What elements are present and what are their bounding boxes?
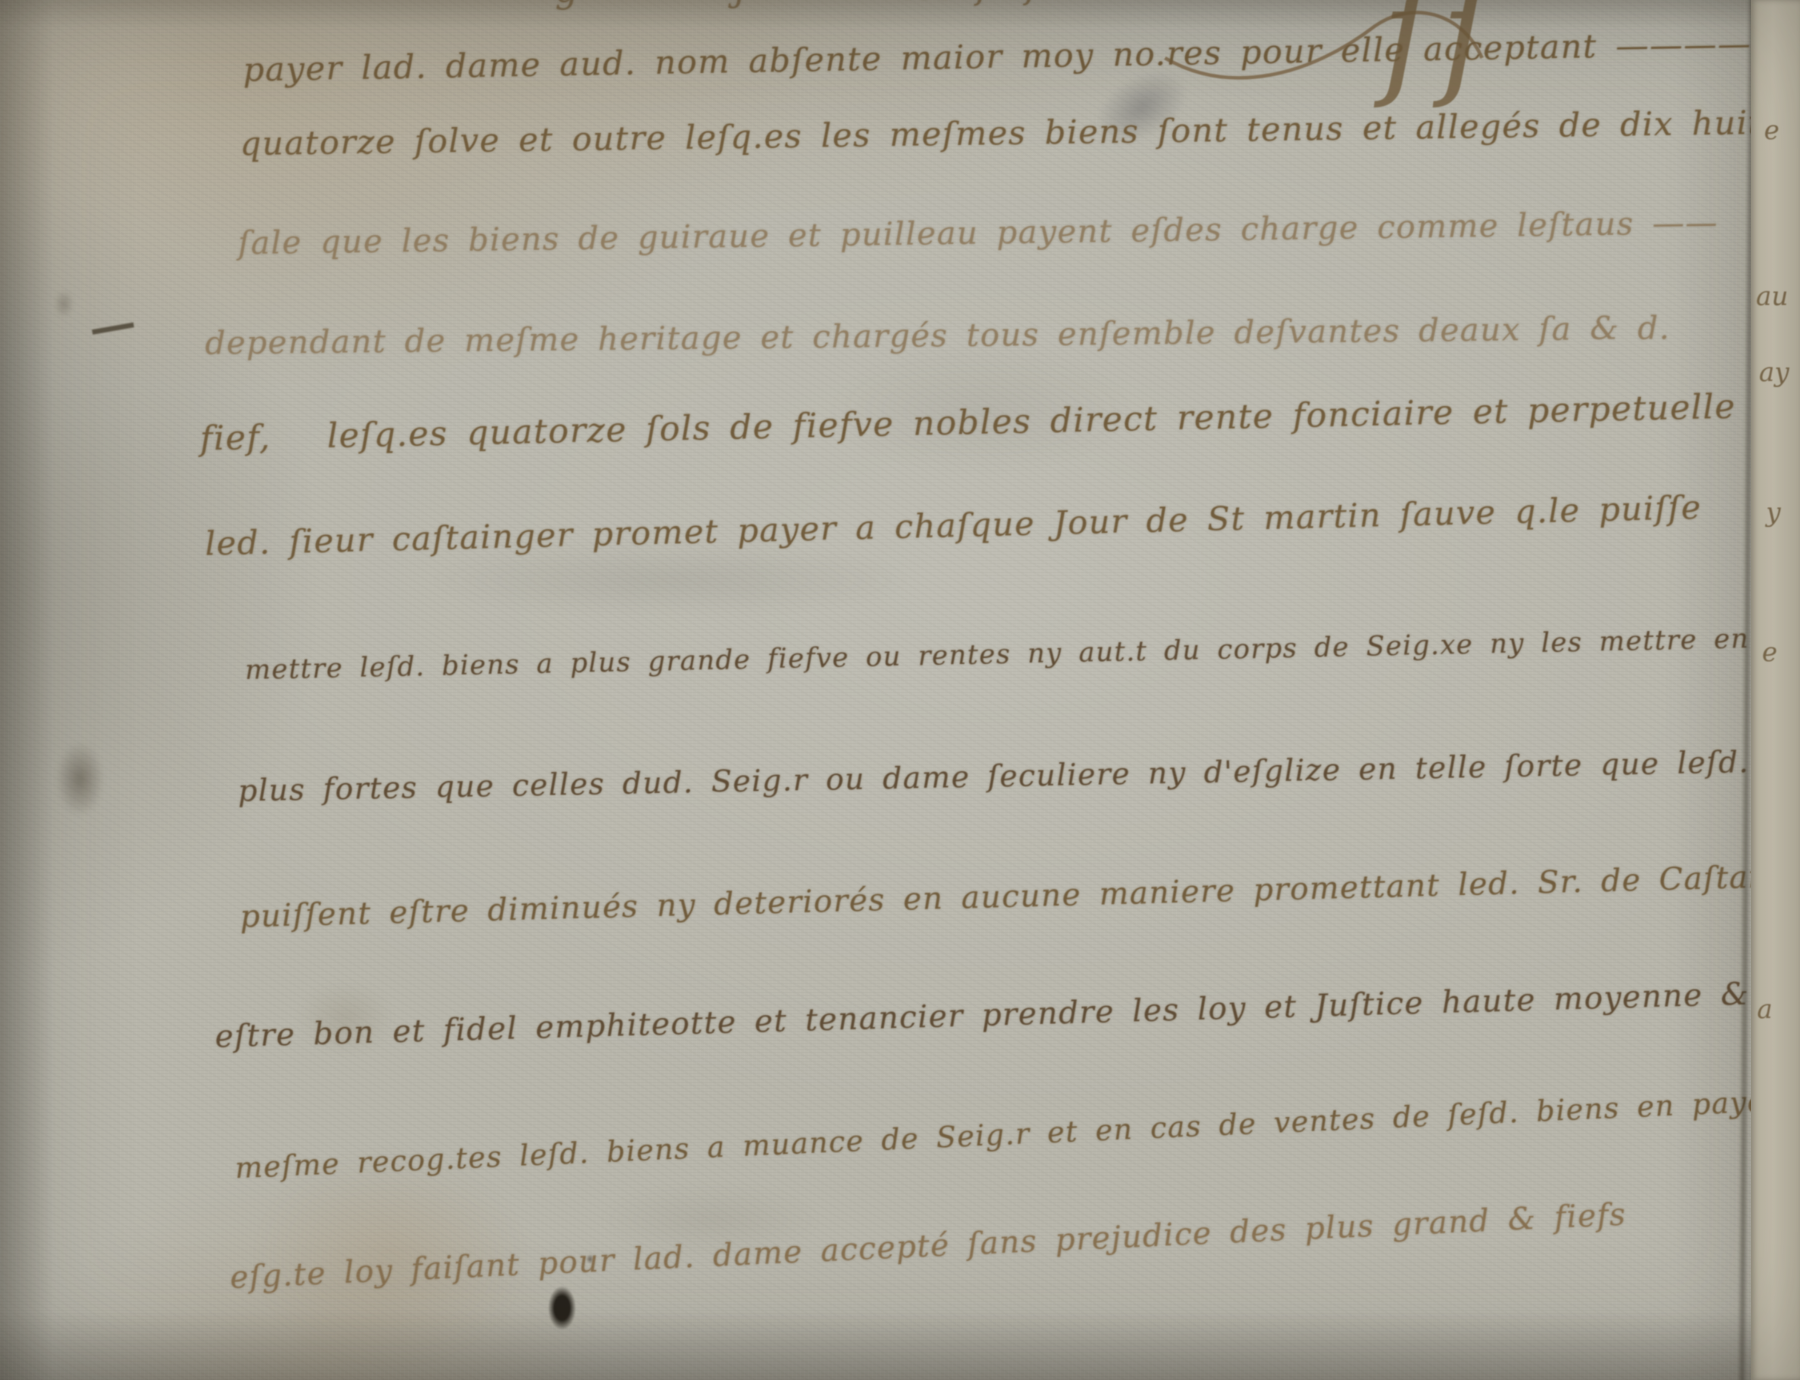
adjacent-page-fragment: au: [1756, 282, 1788, 312]
smudge: [54, 290, 74, 318]
manuscript-line: plus fortes que celles dud. Seig.r ou da…: [238, 742, 1800, 809]
adjacent-page-fragment: e: [1764, 116, 1779, 146]
manuscript-line: ſale que les biens de guiraue et puillea…: [238, 203, 1719, 262]
adjacent-page-fragment: e: [1762, 638, 1777, 668]
smudge: [56, 742, 104, 816]
manuscript-line: puiſſent eſtre diminués ny deteriorés en…: [240, 857, 1800, 935]
manuscript-line: eſtre bon et fidel emphiteotte et tenanc…: [214, 973, 1800, 1055]
manuscript-line: g j les ſieſes chacun: [555, 0, 1238, 11]
manuscript-line: dependant de meſme heritage et chargés t…: [205, 309, 1671, 362]
adjacent-page-strip: [1751, 0, 1800, 1380]
manuscript-line: led. ſieur caſtainger promet payer a cha…: [205, 487, 1703, 563]
manuscript-page-photo: ſſ g j les ſieſes chacun payer lad. dame…: [0, 0, 1800, 1380]
ink-blot: [548, 1286, 576, 1330]
adjacent-page-fragment: a: [1757, 995, 1773, 1025]
manuscript-line: fief, leſq.es quatorze ſols de fiefve no…: [200, 387, 1737, 459]
manuscript-line: quatorze ſolve et outre leſq.es les meſm…: [240, 103, 1763, 163]
margin-dash-mark: [92, 322, 134, 334]
manuscript-line: meſme recog.tes leſd. biens a muance de …: [234, 1077, 1800, 1185]
adjacent-page-fragment: y: [1766, 498, 1781, 528]
manuscript-line: mettre leſd. biens a plus grande fiefve …: [245, 618, 1800, 686]
manuscript-line: eſg.te loy faiſant pour lad. dame accept…: [229, 1197, 1627, 1296]
adjacent-page-fragment: ay: [1759, 358, 1789, 388]
manuscript-line: payer lad. dame aud. nom abſente maior m…: [243, 24, 1752, 89]
